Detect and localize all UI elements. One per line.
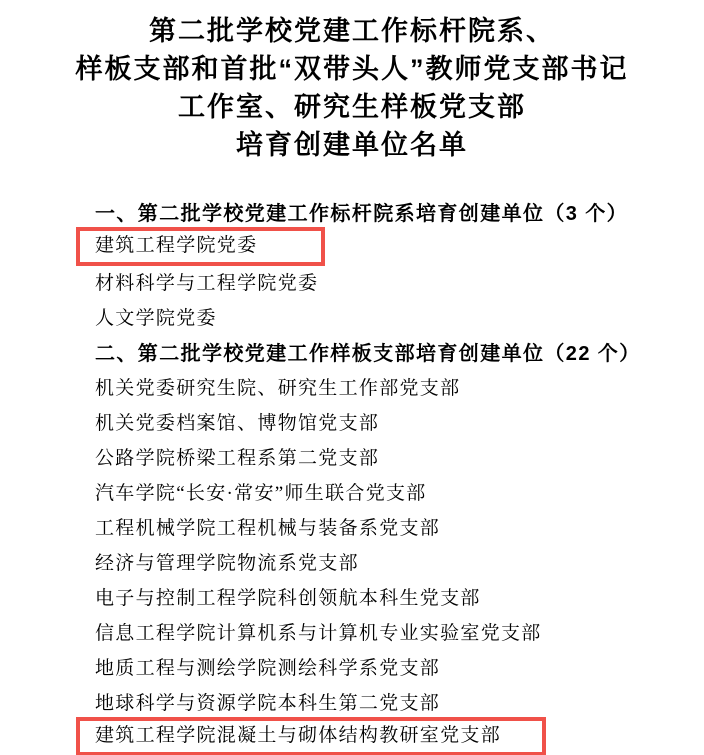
- list-item: 材料科学与工程学院党委: [95, 264, 704, 299]
- list-item: 汽车学院“长安·常安”师生联合党支部: [95, 474, 704, 509]
- list-item: 电子与控制工程学院科创领航本科生党支部: [95, 579, 704, 614]
- unit-list: 一、第二批学校党建工作标杆院系培育创建单位（3 个） 建筑工程学院党委 材料科学…: [95, 194, 704, 754]
- document-page: 第二批学校党建工作标杆院系、 样板支部和首批“双带头人”教师党支部书记 工作室、…: [0, 0, 704, 755]
- list-item: 公路学院桥梁工程系第二党支部: [95, 439, 704, 474]
- highlighted-item-red-box: 建筑工程学院党委: [76, 227, 325, 266]
- title-line-3: 工作室、研究生样板党支部: [0, 88, 704, 126]
- document-title: 第二批学校党建工作标杆院系、 样板支部和首批“双带头人”教师党支部书记 工作室、…: [0, 0, 704, 164]
- list-item: 信息工程学院计算机系与计算机专业实验室党支部: [95, 614, 704, 649]
- section-1-heading: 一、第二批学校党建工作标杆院系培育创建单位（3 个）: [95, 194, 704, 229]
- title-line-1: 第二批学校党建工作标杆院系、: [0, 12, 704, 50]
- list-item: 经济与管理学院物流系党支部: [95, 544, 704, 579]
- list-item: 地球科学与资源学院本科生第二党支部: [95, 684, 704, 719]
- section-2-heading: 二、第二批学校党建工作样板支部培育创建单位（22 个）: [95, 334, 704, 369]
- list-item: 机关党委档案馆、博物馆党支部: [95, 404, 704, 439]
- list-item: 人文学院党委: [95, 299, 704, 334]
- list-item: 地质工程与测绘学院测绘科学系党支部: [95, 649, 704, 684]
- title-line-2: 样板支部和首批“双带头人”教师党支部书记: [0, 50, 704, 88]
- list-item: 建筑工程学院党委: [95, 229, 704, 264]
- list-item: 建筑工程学院混凝土与砌体结构教研室党支部: [95, 719, 704, 754]
- title-line-4: 培育创建单位名单: [0, 126, 704, 164]
- list-item: 机关党委研究生院、研究生工作部党支部: [95, 369, 704, 404]
- list-item: 工程机械学院工程机械与装备系党支部: [95, 509, 704, 544]
- highlighted-item-red-box: 建筑工程学院混凝土与砌体结构教研室党支部: [76, 717, 546, 755]
